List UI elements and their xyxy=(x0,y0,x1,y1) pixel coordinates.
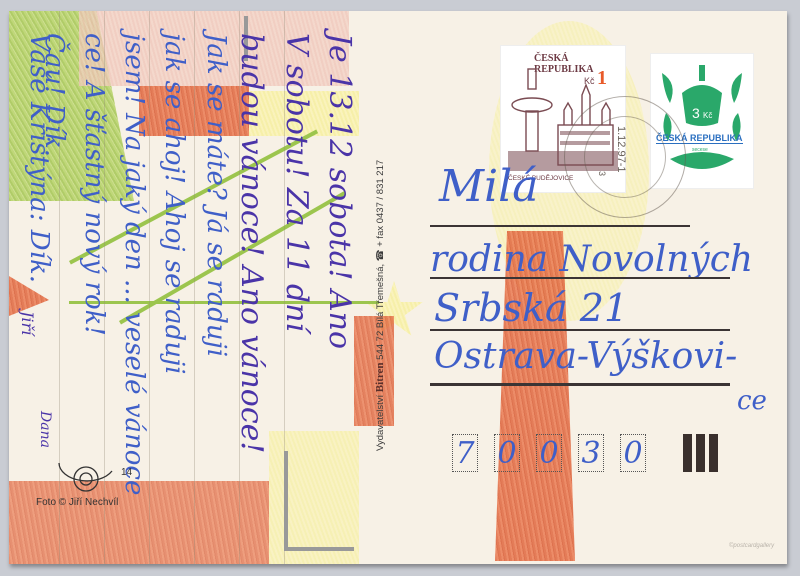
svg-text:3: 3 xyxy=(692,105,700,121)
address-line-1: Milá xyxy=(439,161,538,212)
address-rule-1 xyxy=(430,225,690,227)
photo-credit: Foto © Jiří Nechvíl xyxy=(36,497,118,508)
zip-digit-box: 7 xyxy=(452,434,478,472)
ruled-line xyxy=(194,11,195,564)
crayon-red-candle xyxy=(495,231,575,561)
address-rule-3 xyxy=(430,329,730,331)
zip-digit-box: 0 xyxy=(620,434,646,472)
stamp-caption: secese xyxy=(692,147,708,153)
address-line-2: rodina Novolných xyxy=(430,239,753,280)
crayon-yellow-bottom xyxy=(269,431,359,564)
postmark-date: 1.12.97-1 xyxy=(615,126,627,172)
zip-digit-box: 0 xyxy=(494,434,520,472)
message-line-purple-1: Je 13.12 sobota! Ano xyxy=(322,33,357,349)
publisher-logo: Bitren xyxy=(374,362,386,392)
address-line-5: ce xyxy=(737,386,767,416)
postcard: Je 13.12 sobota! Ano V sobotu! Za 11 dní… xyxy=(9,11,787,564)
message-line-purple-2: V sobotu! Za 11 dní xyxy=(279,33,314,332)
publisher-address: 544 72 Bílá Třemešná, xyxy=(375,264,386,360)
message-line-purple-3: budou vánoce! Ano vánoce! xyxy=(234,33,269,453)
signature-2: Dana xyxy=(37,411,53,448)
publisher-prefix: Vydavatelství xyxy=(375,395,386,451)
message-line-blue-2: jak se ahoj! Ahoj se raduji xyxy=(159,33,189,374)
message-line-blue-1: Jak se máte? Já se raduji xyxy=(201,33,231,357)
address-rule-2 xyxy=(430,277,730,279)
message-line-blue-6: Vaše Kristýna: Dík. xyxy=(24,33,54,283)
ruled-line xyxy=(149,11,150,564)
address-line-3: Srbská 21 xyxy=(434,286,628,330)
svg-text:Kč: Kč xyxy=(703,111,712,120)
postmark-number: 3 xyxy=(597,171,607,176)
publisher-phone: ☎ + fax 0437 / 831 217 xyxy=(375,160,386,261)
signature-1: Jiří xyxy=(18,311,37,335)
post-logo-number: 14 xyxy=(121,467,132,478)
zip-digit-box: 0 xyxy=(536,434,562,472)
message-line-blue-3: jsem! Na jaký den ... veselé vánoce xyxy=(119,33,149,495)
postal-bars-icon xyxy=(683,434,723,472)
watermark: ©postcardgallery xyxy=(729,543,774,549)
message-line-blue-4: ce! A šťastný nový rok! xyxy=(79,33,109,336)
divider-bracket-bottom xyxy=(284,451,288,551)
divider-bracket-foot xyxy=(284,547,354,551)
address-rule-4 xyxy=(430,383,730,386)
zip-digit-box: 3 xyxy=(578,434,604,472)
address-line-4: Ostrava-Výškovi- xyxy=(434,336,737,377)
publisher-imprint: Vydavatelství Bitren 544 72 Bílá Třemešn… xyxy=(374,160,386,451)
